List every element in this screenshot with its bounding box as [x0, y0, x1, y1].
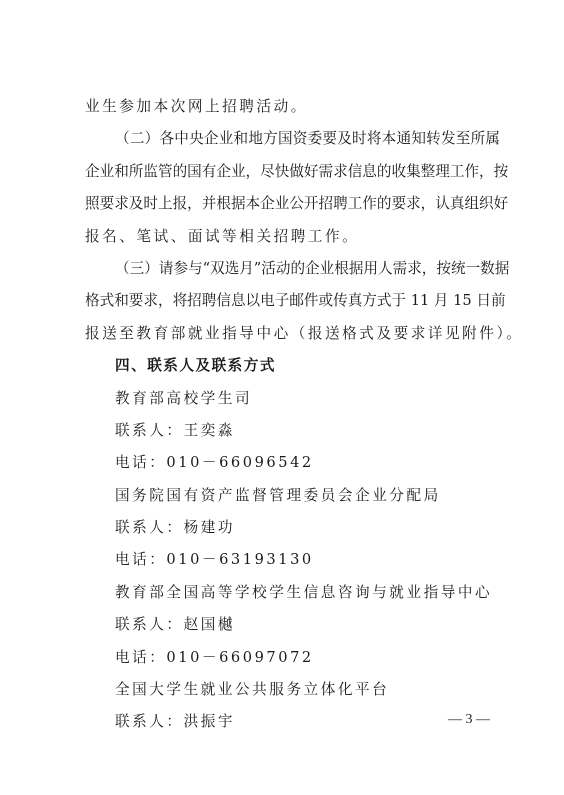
contact-phone: 电话：010－66096542: [85, 447, 500, 479]
paragraph-line: 照要求及时上报，并根据本企业公开招聘工作的要求，认真组织好: [85, 188, 500, 220]
contact-phone: 电话：010－66097072: [85, 642, 500, 674]
contact-phone: 电话：010－63193130: [85, 544, 500, 576]
paragraph-line: （二）各中央企业和地方国资委要及时将本通知转发至所属: [85, 123, 500, 155]
paragraph-line: 格式和要求，将招聘信息以电子邮件或传真方式于 11 月 15 日前: [85, 285, 500, 317]
contact-org: 教育部高校学生司: [85, 383, 500, 415]
paragraph-line: 企业和所监管的国有企业，尽快做好需求信息的收集整理工作，按: [85, 156, 500, 188]
document-page: 业生参加本次网上招聘活动。 （二）各中央企业和地方国资委要及时将本通知转发至所属…: [85, 91, 500, 739]
contact-org: 国务院国有资产监督管理委员会企业分配局: [85, 480, 500, 512]
paragraph-line: 报送至教育部就业指导中心（报送格式及要求详见附件）。: [85, 318, 500, 350]
paragraph-line: （三）请参与“双选月”活动的企业根据用人需求，按统一数据: [85, 253, 500, 285]
contact-person: 联系人：洪振宇: [85, 706, 500, 738]
contact-person: 联系人：杨建功: [85, 512, 500, 544]
contact-person: 联系人：赵国樾: [85, 609, 500, 641]
section-heading: 四、联系人及联系方式: [85, 350, 500, 382]
contact-org: 教育部全国高等学校学生信息咨询与就业指导中心: [85, 577, 500, 609]
paragraph-line: 报名、笔试、面试等相关招聘工作。: [85, 221, 500, 253]
page-number: — 3 —: [448, 712, 490, 728]
contact-org: 全国大学生就业公共服务立体化平台: [85, 674, 500, 706]
contact-person: 联系人：王奕淼: [85, 415, 500, 447]
paragraph-line: 业生参加本次网上招聘活动。: [85, 91, 500, 123]
